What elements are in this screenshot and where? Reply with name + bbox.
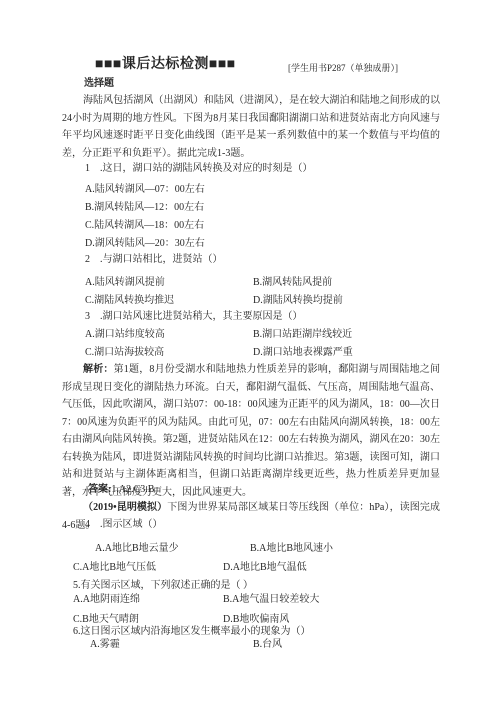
question-3-options-row1: A.湖口站纬度较高 B.湖口站距湖岸线较近 xyxy=(85,326,353,344)
question-1-options: A.陆风转湖风—07：00左右 B.湖风转陆风—12：00左右 C.陆风转湖风—… xyxy=(85,181,313,253)
question-2: 2 .与湖口站相比，进贤站（） A.陆风转湖风提前 B.湖风转陆风提前 C.湖陆… xyxy=(85,251,343,310)
question-2-option-b: B.湖风转陆风提前 xyxy=(253,274,332,292)
question-4-options-row1: A.A地比B地云量少 B.A地比B地风速小 xyxy=(95,540,333,558)
student-book-ref: [学生用书P287（单独成册）] xyxy=(288,61,398,75)
analysis-paragraph: 解析：第1题，8月份受湖水和陆地热力性质差异的影响，鄱阳湖与周围陆地之间形成呈现… xyxy=(62,361,440,501)
question-6-option-b: B.台风 xyxy=(253,636,282,654)
source-label: （2019•昆明模拟） xyxy=(83,502,167,513)
question-1: 1 .这日，湖口站的湖陆风转换及对应的时刻是（） A.陆风转湖风—07：00左右… xyxy=(85,160,313,253)
question-3-option-a: A.湖口站纬度较高 xyxy=(85,326,253,344)
question-4-option-a: A.A地比B地云量少 xyxy=(95,540,250,558)
question-5-option-a: A.A地阴雨连绵 xyxy=(73,591,223,609)
question-1-option-c: C.陆风转湖风—18：00左右 xyxy=(85,217,313,235)
question-4-option-d: D.A地比B地气温低 xyxy=(223,559,307,577)
question-4-options-row2: C.A地比B地气压低 D.A地比B地气温低 xyxy=(73,559,307,577)
question-3-options-row2: C.湖口站海拔较高 D.湖口站地表裸露严重 xyxy=(85,344,353,362)
question-3-option-d: D.湖口站地表裸露严重 xyxy=(253,344,353,362)
answer-text: 1.A2.C3.B xyxy=(111,484,154,495)
question-3-option-c: C.湖口站海拔较高 xyxy=(85,344,253,362)
question-6-options-row: A.雾霾 B.台风 xyxy=(90,636,282,654)
analysis-text: 第1题，8月份受湖水和陆地热力性质差异的影响，鄱阳湖与周围陆地之间形成呈现日变化… xyxy=(62,364,440,498)
question-2-option-a: A.陆风转湖风提前 xyxy=(85,274,253,292)
question-5-options-row1: A.A地阴雨连绵 B.A地气温日较差较大 xyxy=(73,591,319,609)
question-2-options-row1: A.陆风转湖风提前 B.湖风转陆风提前 xyxy=(85,274,343,292)
analysis-label: 解析： xyxy=(83,364,114,375)
question-3-stem: 3 .湖口站风速比进贤站稍大，其主要原因是（） xyxy=(85,308,353,326)
question-3-option-b: B.湖口站距湖岸线较近 xyxy=(253,326,352,344)
section-label-multiple-choice: 选择题 xyxy=(84,75,114,93)
answer-label: 答案: xyxy=(88,484,111,495)
question-1-stem: 1 .这日，湖口站的湖陆风转换及对应的时刻是（） xyxy=(85,160,313,178)
question-5-option-b: B.A地气温日较差较大 xyxy=(223,591,319,609)
question-1-option-a: A.陆风转湖风—07：00左右 xyxy=(85,181,313,199)
question-4-stem: 4 .图示区域（） xyxy=(85,516,163,534)
question-4-option-c: C.A地比B地气压低 xyxy=(73,559,223,577)
question-2-stem: 2 .与湖口站相比，进贤站（） xyxy=(85,251,343,269)
question-4-option-b: B.A地比B地风速小 xyxy=(250,540,333,558)
exam-title: ■■■课后达标检测■■■ xyxy=(95,56,236,74)
question-3: 3 .湖口站风速比进贤站稍大，其主要原因是（） A.湖口站纬度较高 B.湖口站距… xyxy=(85,308,353,362)
answer-line: 答案:1.A2.C3.B xyxy=(88,481,154,499)
question-5-stem-text: 5.有关图示区域，下列叙述正确的是（ xyxy=(73,580,241,591)
question-1-option-b: B.湖风转陆风—12：00左右 xyxy=(85,199,313,217)
intro-paragraph: 海陆风包括湖风（出湖风）和陆风（进湖风），是在较大湖泊和陆地之间形成的以24小时… xyxy=(62,92,440,162)
question-6-option-a: A.雾霾 xyxy=(90,636,253,654)
worksheet-page: ■■■课后达标检测■■■ [学生用书P287（单独成册）] 选择题 海陆风包括湖… xyxy=(0,0,500,707)
